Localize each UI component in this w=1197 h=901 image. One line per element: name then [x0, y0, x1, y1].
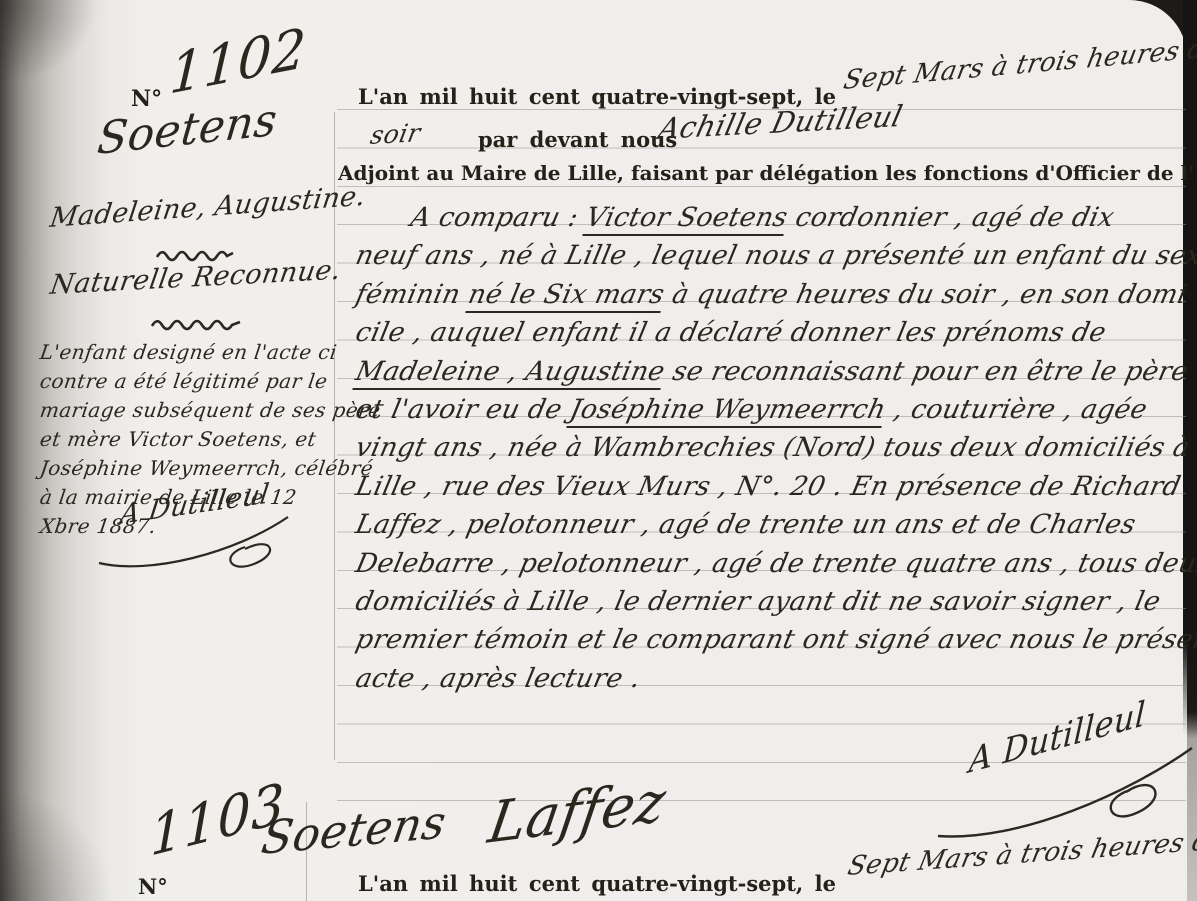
handwritten-text: cile , auquel enfant il a déclaré donner…: [353, 317, 1109, 348]
act-body: A comparu : Victor Soetens cordonnier , …: [352, 199, 1197, 698]
next-number-label: N°: [138, 874, 168, 899]
underlined-text: Victor Soetens: [583, 202, 791, 236]
margin-note-line: et mère Victor Soetens, et: [38, 425, 347, 454]
handwritten-text: cordonnier , agé de dix: [784, 202, 1117, 233]
next-printed-year-line: L'an mil huit cent quatre-vingt-sept, le: [358, 871, 836, 896]
act-body-line: féminin né le Six mars à quatre heures d…: [352, 276, 1197, 314]
handwritten-text: acte , après lecture .: [353, 663, 643, 694]
handwritten-text: vingt ans , née à Wambrechies (Nord) tou…: [353, 432, 1193, 463]
act-body-line: et l'avoir eu de Joséphine Weymeerrch , …: [352, 391, 1197, 429]
act-body-line: acte , après lecture .: [352, 660, 1197, 698]
act-body-line: neuf ans , né à Lille , lequel nous a pr…: [352, 237, 1197, 275]
act-body-line: Madeleine , Augustine se reconnaissant p…: [352, 353, 1197, 391]
underlined-text: né le Six mars: [465, 279, 667, 313]
handwritten-soir: soir: [368, 118, 423, 150]
act-body-line: A comparu : Victor Soetens cordonnier , …: [352, 199, 1197, 237]
register-page-scan: N° 1102 Soetens Madeleine, Augustine. Na…: [0, 0, 1197, 901]
margin-note-line: contre a été légitimé par le: [38, 367, 347, 396]
separator-squiggle: [150, 316, 246, 332]
handwritten-text: Delebarre , pelotonneur , agé de trente …: [353, 548, 1197, 579]
margin-note-line: L'enfant designé en l'acte ci: [38, 338, 347, 367]
handwritten-text: et l'avoir eu de: [353, 394, 574, 425]
handwritten-text: Lille , rue des Vieux Murs , N°. 20 . En…: [353, 471, 1184, 502]
handwritten-text: féminin: [353, 279, 472, 310]
underlined-text: Joséphine Weymeerrch: [566, 394, 888, 428]
handwritten-text: premier témoin et le comparant ont signé…: [353, 624, 1197, 655]
margin-note-line: Joséphine Weymeerrch, célébré: [38, 454, 347, 483]
margin-note-line: mariage subséquent de ses père: [38, 396, 347, 425]
handwritten-text: à quatre heures du soir , en son domi: [661, 279, 1190, 310]
act-body-line: vingt ans , née à Wambrechies (Nord) tou…: [352, 429, 1197, 467]
handwritten-text: se reconnaissant pour en être le père: [661, 356, 1191, 387]
act-body-line: cile , auquel enfant il a déclaré donner…: [352, 314, 1197, 352]
handwritten-text: domiciliés à Lille , le dernier ayant di…: [353, 586, 1164, 617]
handwritten-text: , couturière , agée: [882, 394, 1150, 425]
act-body-line: Lille , rue des Vieux Murs , N°. 20 . En…: [352, 468, 1197, 506]
printed-par-devant-nous: par devant nous: [478, 127, 677, 152]
act-body-line: domiciliés à Lille , le dernier ayant di…: [352, 583, 1197, 621]
underlined-text: Madeleine , Augustine: [352, 356, 667, 390]
handwritten-text: A comparu :: [408, 202, 590, 233]
handwritten-text: Laffez , pelotonneur , agé de trente un …: [353, 509, 1139, 540]
act-body-line: premier témoin et le comparant ont signé…: [352, 621, 1197, 659]
act-body-line: Laffez , pelotonneur , agé de trente un …: [352, 506, 1197, 544]
printed-officer-line: Adjoint au Maire de Lille, faisant par d…: [338, 161, 1195, 185]
handwritten-text: neuf ans , né à Lille , lequel nous a pr…: [353, 240, 1197, 271]
act-body-line: Delebarre , pelotonneur , agé de trente …: [352, 545, 1197, 583]
